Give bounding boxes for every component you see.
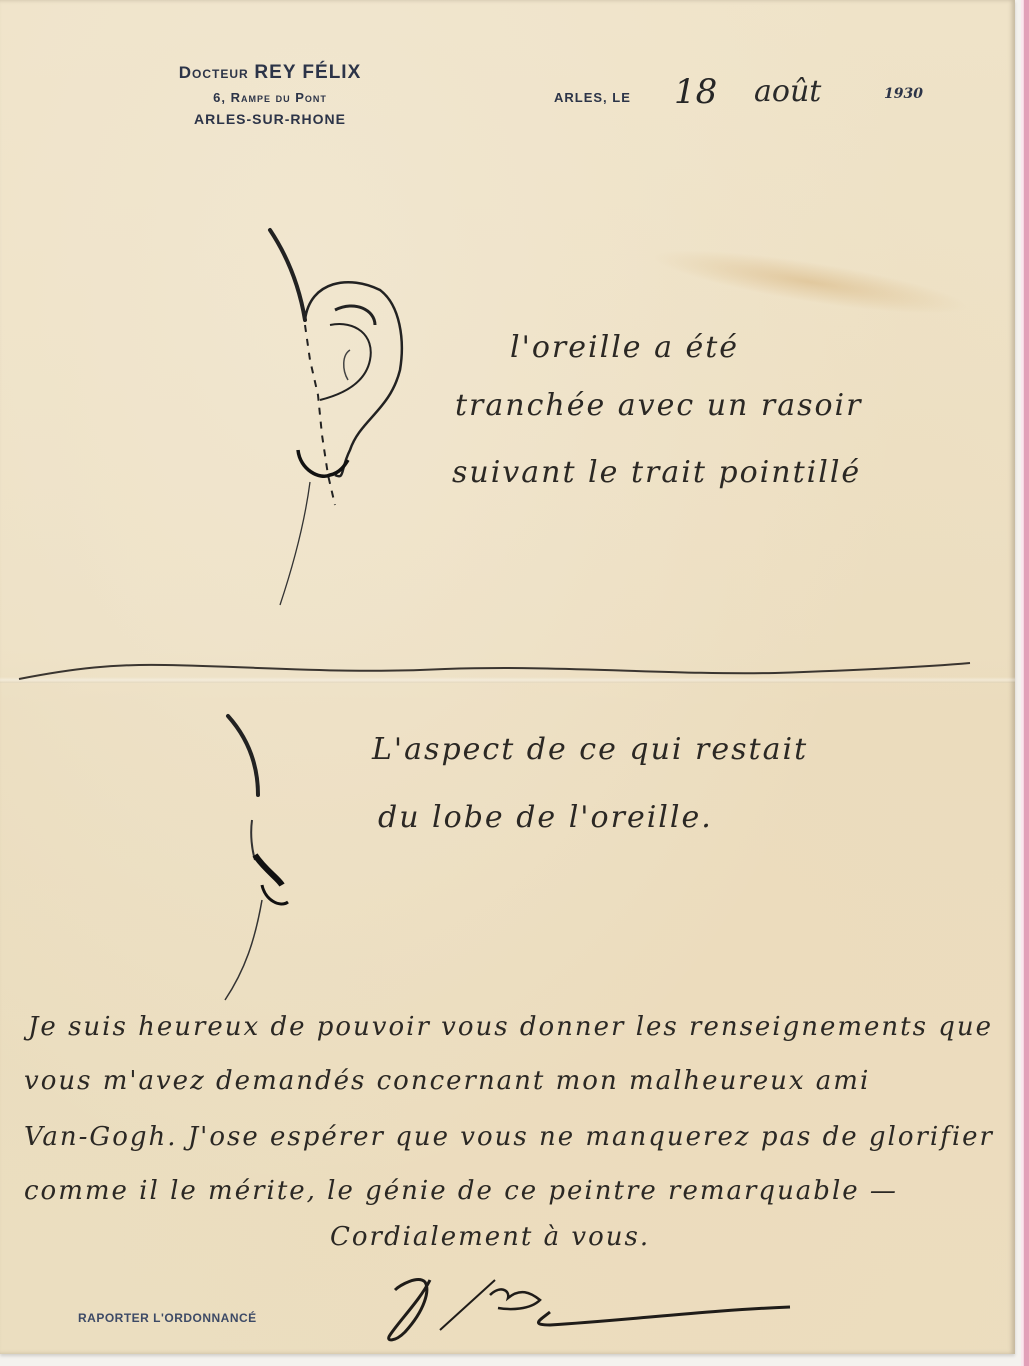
date-prefix: ARLES, LE [554, 90, 631, 105]
letterhead-city: ARLES-SUR-RHONE [120, 111, 420, 127]
letterhead-name: REY FÉLIX [254, 62, 361, 83]
body-line-3: Van-Gogh. J'ose espérer que vous ne manq… [24, 1122, 994, 1152]
body-line-4: comme il le mérite, le génie de ce peint… [24, 1176, 898, 1206]
ear-sketch-icon [250, 220, 420, 620]
letterhead-address: 6, Rampe du Pont [120, 90, 420, 105]
footer-note: RAPORTER L'ORDONNANCÉ [78, 1311, 257, 1325]
letterhead: Docteur REY FÉLIX 6, Rampe du Pont ARLES… [120, 62, 420, 127]
sketch-note-upper-line-2: tranchée avec un rasoir [455, 388, 863, 423]
date-month: août [754, 74, 821, 109]
date-day: 18 [674, 72, 717, 112]
scan-border-edge [1021, 0, 1029, 1366]
body-line-closing: Cordialement à vous. [330, 1222, 650, 1252]
date-year: 1930 [884, 86, 923, 102]
letterhead-doctor-name: Docteur REY FÉLIX [120, 62, 420, 84]
letterhead-title-prefix: Docteur [179, 63, 249, 82]
sketch-note-upper-line-1: l'oreille a été [510, 330, 739, 365]
sketch-note-upper-line-3: suivant le trait pointillé [452, 455, 861, 490]
body-line-2: vous m'avez demandés concernant mon malh… [24, 1066, 870, 1096]
signature-flourish-icon [380, 1270, 810, 1350]
letter-page: Docteur REY FÉLIX 6, Rampe du Pont ARLES… [0, 0, 1015, 1354]
sketch-note-lower-line-1: L'aspect de ce qui restait [372, 732, 808, 767]
ear-lobe-sketch-icon [200, 700, 320, 1020]
ink-divider-line [15, 660, 975, 690]
sketch-note-lower-line-2: du lobe de l'oreille. [378, 800, 713, 835]
paper-stain [649, 237, 971, 327]
body-line-1: Je suis heureux de pouvoir vous donner l… [28, 1012, 993, 1042]
